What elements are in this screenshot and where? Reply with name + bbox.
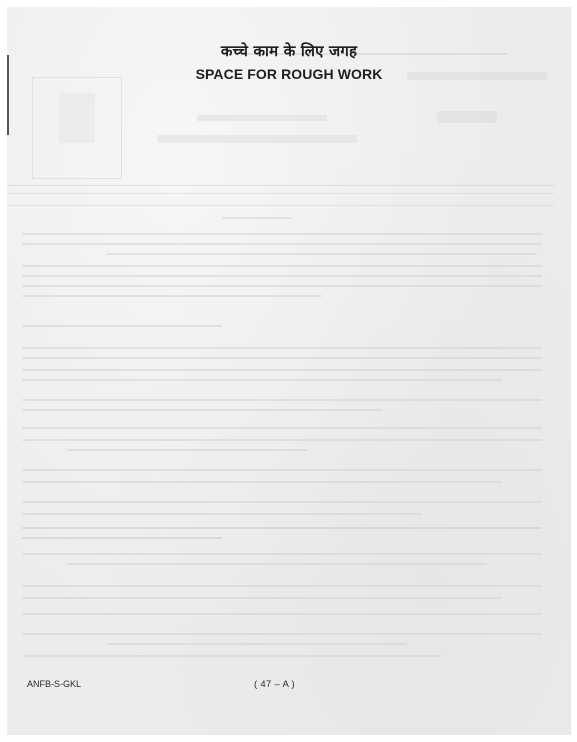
heading-english: SPACE FOR ROUGH WORK [7,65,571,83]
reverse-side-show-through [7,7,571,735]
bleed-glyph [59,93,95,143]
scanned-page: कच्चे काम के लिए जगह SPACE FOR ROUGH WOR… [7,7,571,735]
rough-work-header: कच्चे काम के लिए जगह SPACE FOR ROUGH WOR… [7,41,571,83]
heading-hindi: कच्चे काम के लिए जगह [7,41,571,61]
paper-code: ANFB-S-GKL [27,679,81,689]
bleed-box [32,77,122,179]
page-number: ( 47 – A ) [254,679,295,690]
